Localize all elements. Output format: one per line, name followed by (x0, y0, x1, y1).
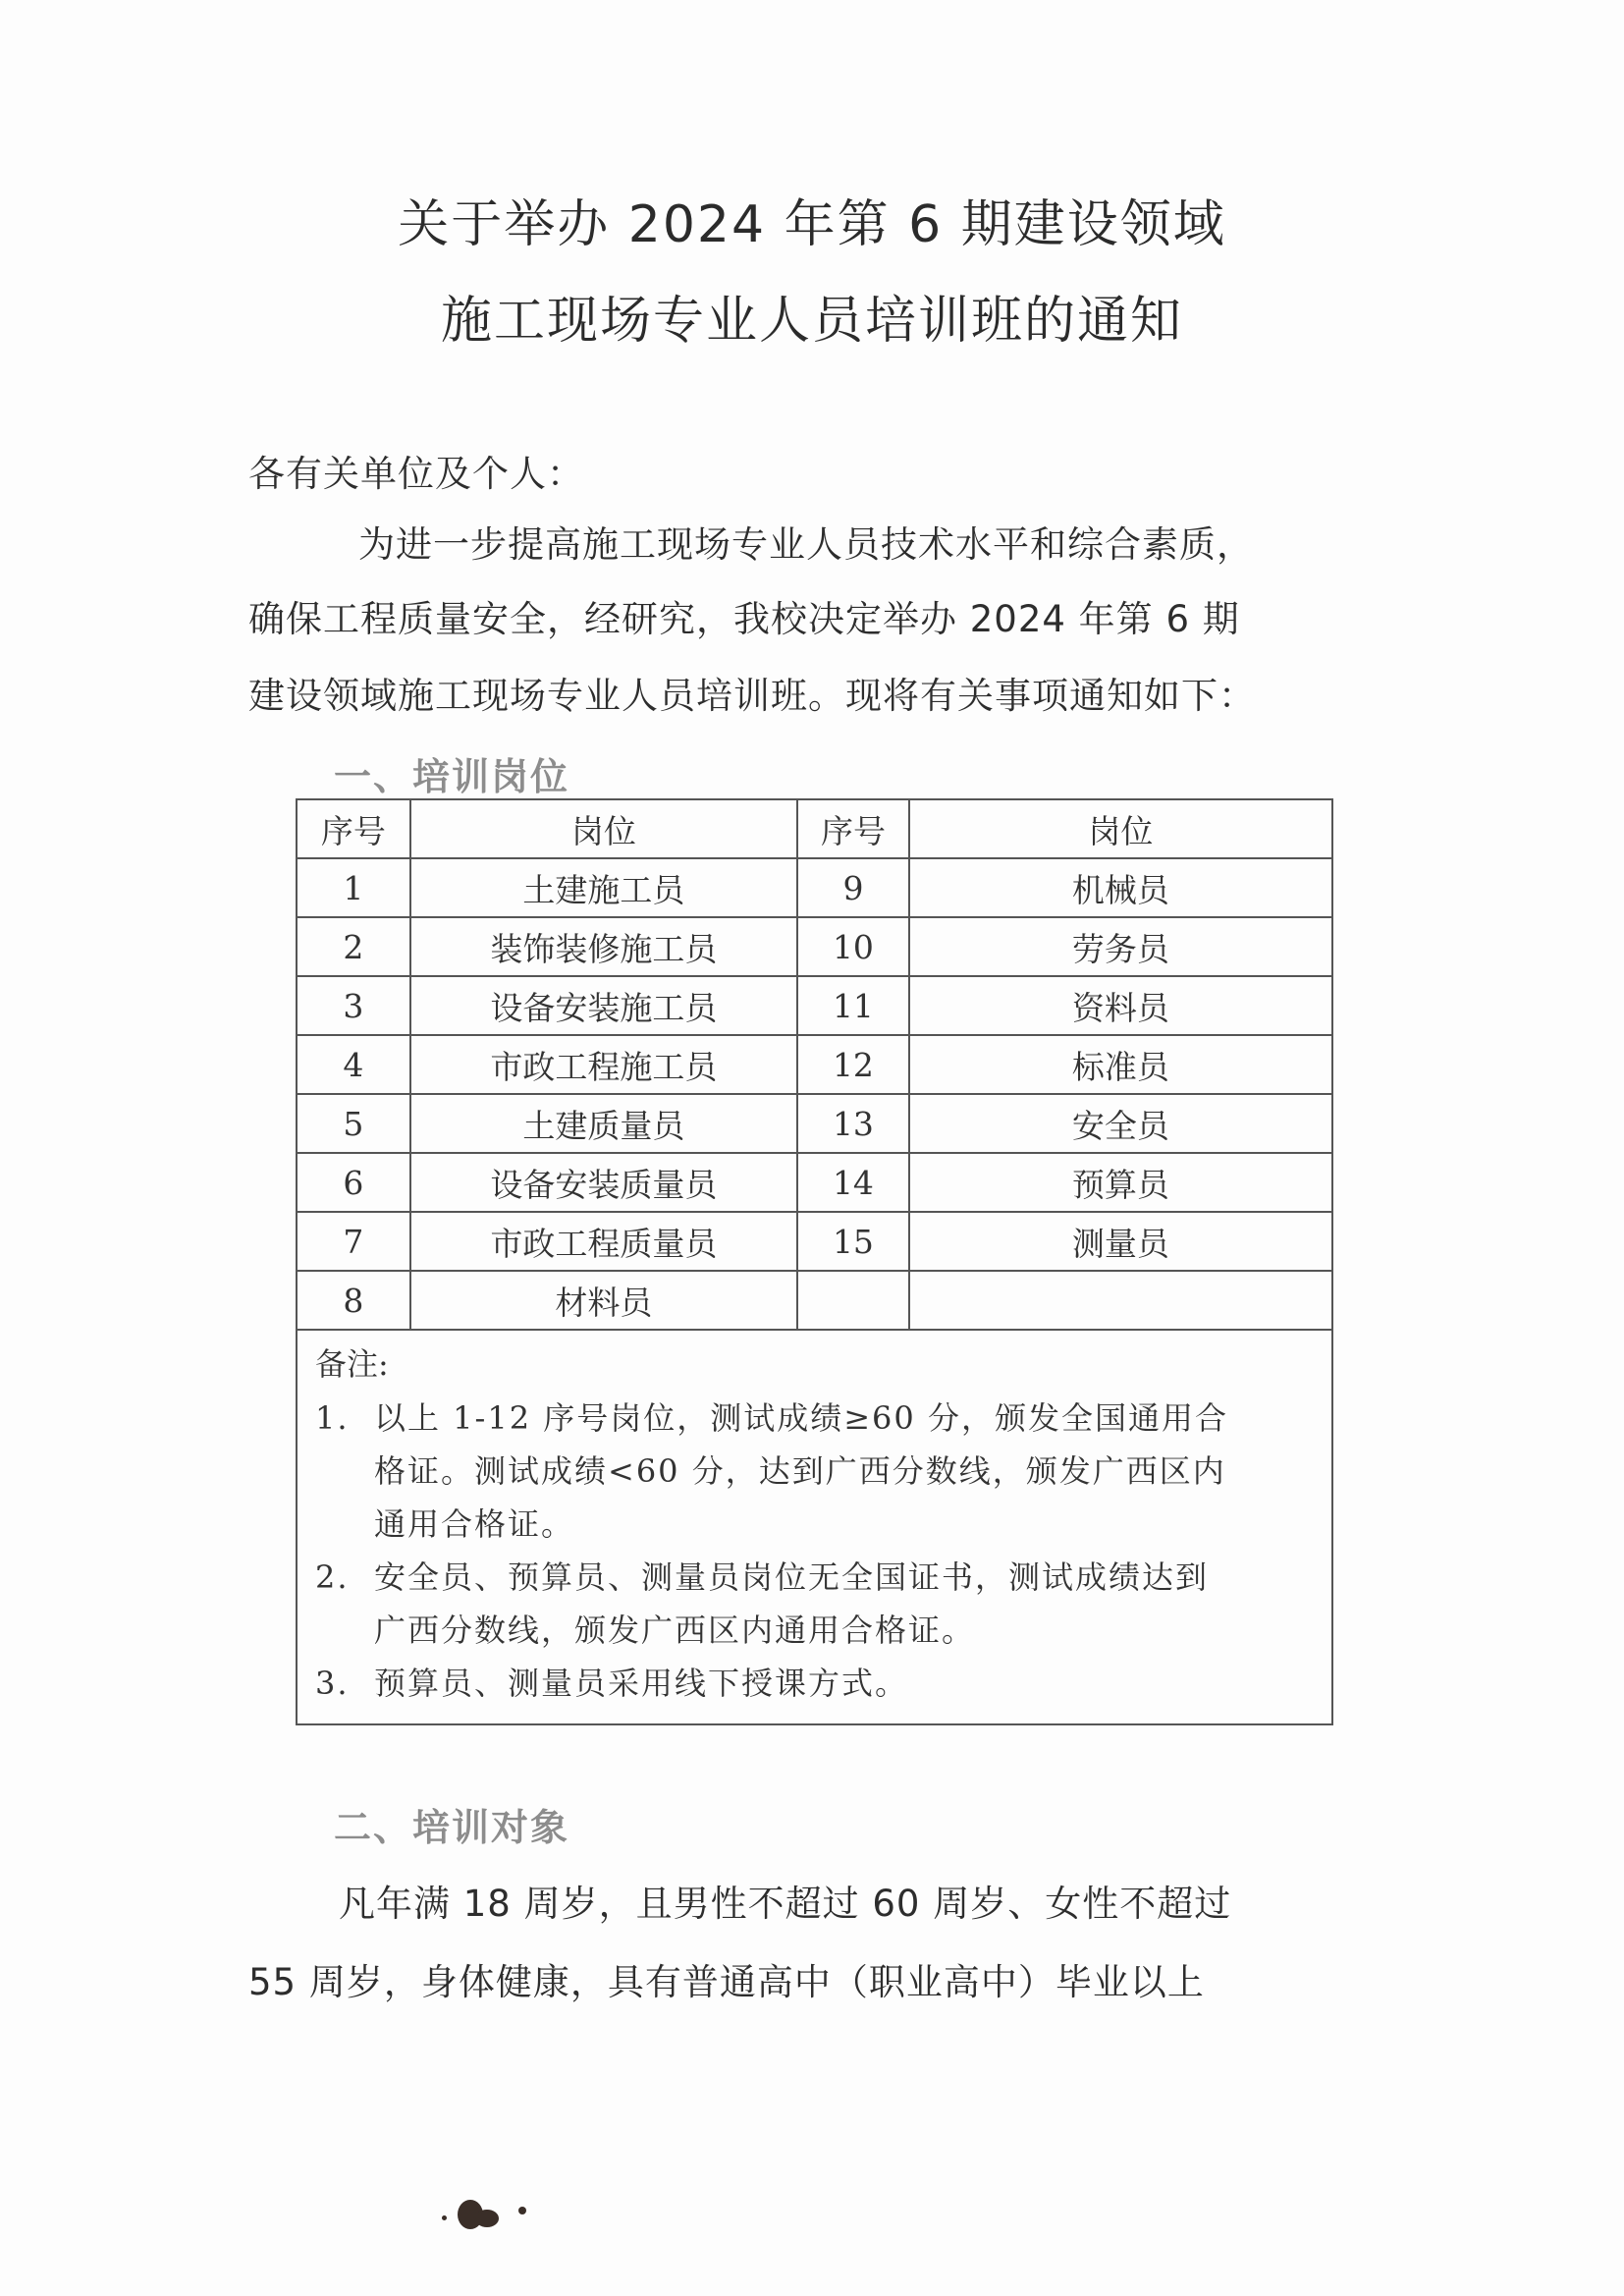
seq-cell: 14 (797, 1153, 909, 1212)
seq-cell: 13 (797, 1094, 909, 1153)
table-row: 6 设备安装质量员 14 预算员 (297, 1153, 1332, 1212)
table-row: 8 材料员 (297, 1271, 1332, 1330)
document-title-line-1: 关于举办 2024 年第 6 期建设领域 (0, 183, 1624, 256)
note-line: 安全员、预算员、测量员岗位无全国证书，测试成绩达到 (374, 1551, 1331, 1604)
table-row: 5 土建质量员 13 安全员 (297, 1094, 1332, 1153)
note-item-3: 3. 预算员、测量员采用线下授课方式。 (315, 1657, 1331, 1710)
column-header-seq: 序号 (297, 799, 410, 858)
note-line: 广西分数线，颁发广西区内通用合格证。 (374, 1604, 1331, 1657)
intro-line-3: 建设领域施工现场专业人员培训班。现将有关事项通知如下： (248, 666, 1256, 719)
note-line: 以上 1-12 序号岗位，测试成绩≥60 分，颁发全国通用合 (374, 1392, 1331, 1445)
note-line: 通用合格证。 (374, 1498, 1331, 1551)
post-cell: 劳务员 (909, 917, 1332, 976)
post-cell: 土建质量员 (410, 1094, 797, 1153)
post-cell: 土建施工员 (410, 858, 797, 917)
post-cell: 设备安装质量员 (410, 1153, 797, 1212)
table-row: 2 装饰装修施工员 10 劳务员 (297, 917, 1332, 976)
section-heading-training-targets: 二、培训对象 (334, 1797, 569, 1851)
seq-cell: 4 (297, 1035, 410, 1094)
intro-line-2: 确保工程质量安全，经研究，我校决定举办 2024 年第 6 期 (248, 589, 1240, 642)
note-number: 3. (315, 1657, 350, 1710)
intro-line-1: 为进一步提高施工现场专业人员技术水平和综合素质， (358, 515, 1254, 568)
column-header-post: 岗位 (410, 799, 797, 858)
seq-cell: 12 (797, 1035, 909, 1094)
ink-blot (475, 2210, 499, 2227)
seq-cell: 1 (297, 858, 410, 917)
seq-cell: 15 (797, 1212, 909, 1271)
table-row: 3 设备安装施工员 11 资料员 (297, 976, 1332, 1035)
seq-cell: 11 (797, 976, 909, 1035)
seq-cell: 2 (297, 917, 410, 976)
post-cell: 测量员 (909, 1212, 1332, 1271)
seq-cell (797, 1271, 909, 1330)
seq-cell: 3 (297, 976, 410, 1035)
note-number: 1. (315, 1392, 350, 1445)
notes-cell: 备注: 1. 以上 1-12 序号岗位，测试成绩≥60 分，颁发全国通用合 格证… (297, 1330, 1332, 1724)
salutation: 各有关单位及个人： (248, 444, 584, 497)
post-cell: 资料员 (909, 976, 1332, 1035)
seq-cell: 10 (797, 917, 909, 976)
targets-line-1: 凡年满 18 周岁，且男性不超过 60 周岁、女性不超过 (339, 1874, 1231, 1927)
seq-cell: 9 (797, 858, 909, 917)
post-cell: 标准员 (909, 1035, 1332, 1094)
document-title-line-2: 施工现场专业人员培训班的通知 (0, 279, 1624, 353)
note-item-2: 2. 安全员、预算员、测量员岗位无全国证书，测试成绩达到 广西分数线，颁发广西区… (315, 1551, 1331, 1657)
notes-row: 备注: 1. 以上 1-12 序号岗位，测试成绩≥60 分，颁发全国通用合 格证… (297, 1330, 1332, 1724)
note-item-1: 1. 以上 1-12 序号岗位，测试成绩≥60 分，颁发全国通用合 格证。测试成… (315, 1392, 1331, 1551)
table-header-row: 序号 岗位 序号 岗位 (297, 799, 1332, 858)
document-page: 关于举办 2024 年第 6 期建设领域 施工现场专业人员培训班的通知 各有关单… (0, 0, 1624, 2296)
post-cell: 安全员 (909, 1094, 1332, 1153)
post-cell: 市政工程质量员 (410, 1212, 797, 1271)
post-cell: 机械员 (909, 858, 1332, 917)
training-posts-table: 序号 岗位 序号 岗位 1 土建施工员 9 机械员 2 装饰装修施工员 10 劳… (296, 798, 1333, 1725)
ink-dot (442, 2215, 447, 2220)
post-cell (909, 1271, 1332, 1330)
notes-label: 备注: (315, 1337, 1331, 1392)
note-number: 2. (315, 1551, 350, 1604)
note-line: 格证。测试成绩<60 分，达到广西分数线，颁发广西区内 (374, 1445, 1331, 1498)
column-header-post: 岗位 (909, 799, 1332, 858)
seq-cell: 7 (297, 1212, 410, 1271)
seq-cell: 5 (297, 1094, 410, 1153)
note-line: 预算员、测量员采用线下授课方式。 (374, 1657, 1331, 1710)
ink-dot (518, 2207, 526, 2214)
post-cell: 预算员 (909, 1153, 1332, 1212)
seq-cell: 8 (297, 1271, 410, 1330)
column-header-seq: 序号 (797, 799, 909, 858)
section-heading-training-posts: 一、培训岗位 (334, 746, 569, 800)
post-cell: 装饰装修施工员 (410, 917, 797, 976)
table-row: 7 市政工程质量员 15 测量员 (297, 1212, 1332, 1271)
post-cell: 材料员 (410, 1271, 797, 1330)
table-row: 1 土建施工员 9 机械员 (297, 858, 1332, 917)
seq-cell: 6 (297, 1153, 410, 1212)
targets-line-2: 55 周岁，身体健康，具有普通高中（职业高中）毕业以上 (248, 1952, 1205, 2005)
post-cell: 设备安装施工员 (410, 976, 797, 1035)
post-cell: 市政工程施工员 (410, 1035, 797, 1094)
table-row: 4 市政工程施工员 12 标准员 (297, 1035, 1332, 1094)
